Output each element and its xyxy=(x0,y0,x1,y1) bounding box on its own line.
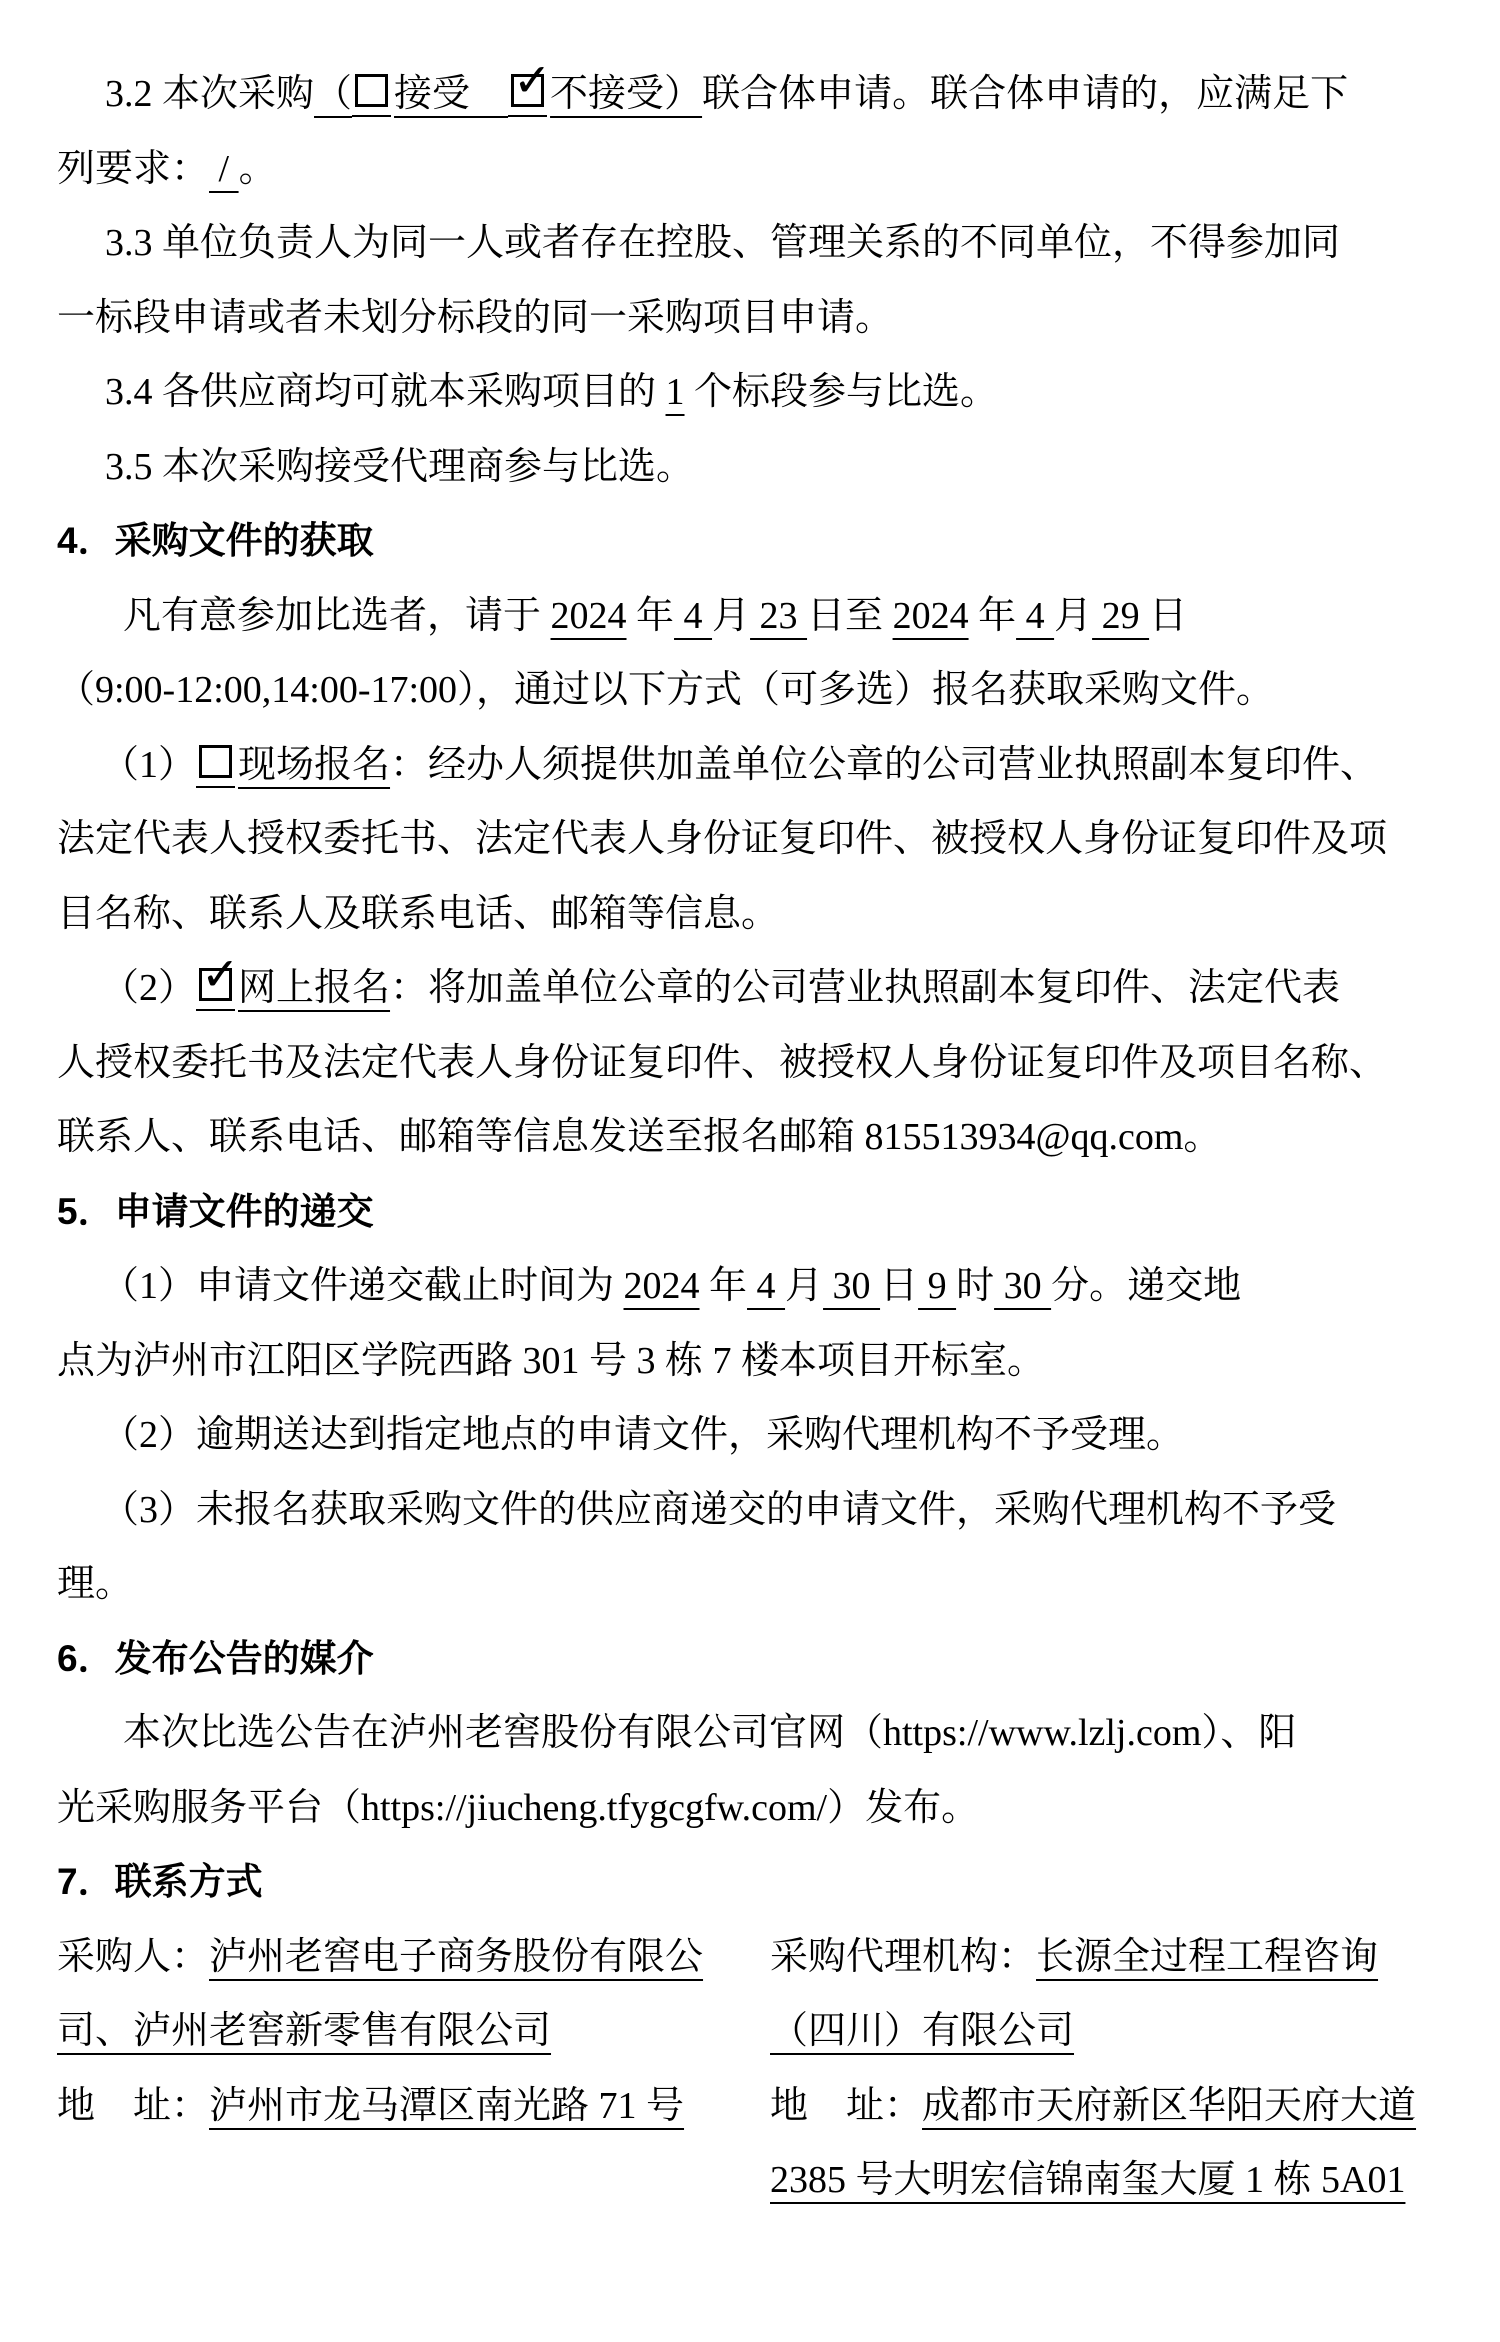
text-run: 日 xyxy=(880,1265,918,1307)
text-run: 一标段申请或者未划分标段的同一采购项目申请。 xyxy=(57,297,893,339)
underlined-text: 23 xyxy=(750,595,807,637)
text-line: 凡有意参加比选者，请于 2024 年 4 月 23 日至 2024 年 4 月 … xyxy=(57,579,1443,654)
text-run: 目名称、联系人及联系电话、邮箱等信息。 xyxy=(57,893,779,935)
underlined-text: 网上报名 xyxy=(238,967,390,1009)
text-run: 3.3 单位负责人为同一人或者存在控股、管理关系的不同单位，不得参加同 xyxy=(105,222,1340,264)
text-line: 地 址：泸州市龙马潭区南光路 71 号 xyxy=(57,2069,770,2144)
text-line: 目名称、联系人及联系电话、邮箱等信息。 xyxy=(57,877,1443,952)
text-run: 月 xyxy=(785,1265,823,1307)
text-run: 7．联系方式 xyxy=(57,1861,263,1902)
text-run: 年 xyxy=(700,1265,748,1307)
text-line: （四川）有限公司 xyxy=(770,1994,1443,2069)
underlined-text: 4 xyxy=(674,595,712,637)
section-heading: 6．发布公告的媒介 xyxy=(57,1622,1443,1697)
underlined-text: 29 xyxy=(1092,595,1149,637)
text-run: 联合体申请。联合体申请的，应满足下 xyxy=(702,73,1348,115)
text-line: 光采购服务平台（https://jiucheng.tfygcgfw.com/）发… xyxy=(57,1771,1443,1846)
underlined-text: 2024 xyxy=(624,1265,700,1307)
text-run: 时 xyxy=(956,1265,994,1307)
agency-contact-column: 采购代理机构：长源全过程工程咨询（四川）有限公司地 址：成都市天府新区华阳天府大… xyxy=(770,1920,1443,2218)
text-run: 日 xyxy=(1149,595,1187,637)
text-run: 人授权委托书及法定代表人身份证复印件、被授权人身份证复印件及项目名称、 xyxy=(57,1042,1387,1084)
text-run: 年 xyxy=(627,595,675,637)
text-run: 3.5 本次采购接受代理商参与比选。 xyxy=(105,446,694,488)
contact-info-section: 采购人：泸州老窖电子商务股份有限公司、泸州老窖新零售有限公司地 址：泸州市龙马潭… xyxy=(57,1920,1443,2218)
underlined-text: 2385 号大明宏信锦南玺大厦 1 栋 5A01 xyxy=(770,2159,1405,2201)
purchaser-contact-column: 采购人：泸州老窖电子商务股份有限公司、泸州老窖新零售有限公司地 址：泸州市龙马潭… xyxy=(57,1920,770,2218)
underlined-text: / xyxy=(209,148,239,190)
text-run: 法定代表人授权委托书、法定代表人身份证复印件、被授权人身份证复印件及项 xyxy=(57,818,1387,860)
underlined-text: 1 xyxy=(666,371,685,413)
text-run: 列要求： xyxy=(57,148,209,190)
underlined-text: 司、泸州老窖新零售有限公司 xyxy=(57,2010,551,2052)
text-run: 月 xyxy=(1054,595,1092,637)
check-icon: ✓ xyxy=(201,951,240,997)
text-run: 3.4 各供应商均可就本采购项目的 xyxy=(105,371,666,413)
text-run: （3）未报名获取采购文件的供应商递交的申请文件，采购代理机构不予受 xyxy=(101,1489,1336,1531)
underlined-text: 泸州老窖电子商务股份有限公 xyxy=(209,1936,703,1978)
text-run: 凡有意参加比选者，请于 xyxy=(123,595,551,637)
underlined-text: 2024 xyxy=(893,595,969,637)
text-line: 法定代表人授权委托书、法定代表人身份证复印件、被授权人身份证复印件及项 xyxy=(57,802,1443,877)
text-line: （2）逾期送达到指定地点的申请文件，采购代理机构不予受理。 xyxy=(57,1398,1443,1473)
text-line: （9:00-12:00,14:00-17:00），通过以下方式（可多选）报名获取… xyxy=(57,653,1443,728)
text-line: 3.5 本次采购接受代理商参与比选。 xyxy=(57,430,1443,505)
text-run: 个标段参与比选。 xyxy=(685,371,999,413)
text-run: （2）逾期送达到指定地点的申请文件，采购代理机构不予受理。 xyxy=(101,1414,1184,1456)
text-run: 3.2 本次采购 xyxy=(105,73,314,115)
text-run: 光采购服务平台（https://jiucheng.tfygcgfw.com/）发… xyxy=(57,1787,979,1829)
text-line: （3）未报名获取采购文件的供应商递交的申请文件，采购代理机构不予受 xyxy=(57,1473,1443,1548)
text-run: ：将加盖单位公章的公司营业执照副本复印件、法定代表 xyxy=(390,967,1340,1009)
text-line: 3.2 本次采购（接受 ✓不接受）联合体申请。联合体申请的，应满足下 xyxy=(57,57,1443,132)
checkbox-unchecked-icon xyxy=(355,74,388,107)
document-page: 3.2 本次采购（接受 ✓不接受）联合体申请。联合体申请的，应满足下列要求： /… xyxy=(0,0,1500,2342)
text-run: 月 xyxy=(712,595,750,637)
text-line: 点为泸州市江阳区学院西路 301 号 3 栋 7 楼本项目开标室。 xyxy=(57,1324,1443,1399)
underlined-text: 2024 xyxy=(551,595,627,637)
underlined-text: 30 xyxy=(823,1265,880,1307)
checkbox-checked-icon: ✓ xyxy=(199,968,232,1001)
text-run: 联系人、联系电话、邮箱等信息发送至报名邮箱 815513934@qq.com。 xyxy=(57,1116,1221,1158)
underlined-text: 长源全过程工程咨询 xyxy=(1036,1936,1378,1978)
underlined-text: 成都市天府新区华阳天府大道 xyxy=(922,2085,1416,2127)
text-line: 一标段申请或者未划分标段的同一采购项目申请。 xyxy=(57,281,1443,356)
text-run: 采购代理机构： xyxy=(770,1936,1036,1978)
text-run: （1） xyxy=(101,744,196,786)
text-run: 。 xyxy=(239,148,277,190)
text-line: （1）现场报名：经办人须提供加盖单位公章的公司营业执照副本复印件、 xyxy=(57,728,1443,803)
text-run: 年 xyxy=(969,595,1017,637)
underlined-text: （ xyxy=(314,73,352,115)
text-line: （2）✓网上报名：将加盖单位公章的公司营业执照副本复印件、法定代表 xyxy=(57,951,1443,1026)
text-run: 日至 xyxy=(807,595,893,637)
text-run: （9:00-12:00,14:00-17:00），通过以下方式（可多选）报名获取… xyxy=(57,669,1274,711)
text-run: （2） xyxy=(101,967,196,1009)
section-heading: 7．联系方式 xyxy=(57,1845,1443,1920)
text-run: 地 址： xyxy=(57,2085,209,2127)
check-icon: ✓ xyxy=(513,57,552,103)
document-content: 3.2 本次采购（接受 ✓不接受）联合体申请。联合体申请的，应满足下列要求： /… xyxy=(57,57,1443,1920)
section-heading: 4．采购文件的获取 xyxy=(57,504,1443,579)
underlined-text: 4 xyxy=(747,1265,785,1307)
text-line xyxy=(57,2143,770,2218)
underlined-text: 4 xyxy=(1016,595,1054,637)
text-run: 分。递交地 xyxy=(1051,1265,1241,1307)
underlined-text: 现场报名 xyxy=(238,744,390,786)
checkbox-unchecked-icon xyxy=(199,745,232,778)
text-line: 理。 xyxy=(57,1547,1443,1622)
text-line: 司、泸州老窖新零售有限公司 xyxy=(57,1994,770,2069)
text-line: 3.3 单位负责人为同一人或者存在控股、管理关系的不同单位，不得参加同 xyxy=(57,206,1443,281)
underlined-text: 接受 xyxy=(394,73,508,115)
text-line: 采购人：泸州老窖电子商务股份有限公 xyxy=(57,1920,770,1995)
text-run: 理。 xyxy=(57,1563,133,1605)
text-line: 列要求： / 。 xyxy=(57,132,1443,207)
text-line: 本次比选公告在泸州老窖股份有限公司官网（https://www.lzlj.com… xyxy=(57,1696,1443,1771)
text-run: 本次比选公告在泸州老窖股份有限公司官网（https://www.lzlj.com… xyxy=(123,1712,1296,1754)
text-line: 2385 号大明宏信锦南玺大厦 1 栋 5A01 xyxy=(770,2143,1443,2218)
text-line: 人授权委托书及法定代表人身份证复印件、被授权人身份证复印件及项目名称、 xyxy=(57,1026,1443,1101)
text-line: 3.4 各供应商均可就本采购项目的 1 个标段参与比选。 xyxy=(57,355,1443,430)
text-line: 采购代理机构：长源全过程工程咨询 xyxy=(770,1920,1443,1995)
text-run: ：经办人须提供加盖单位公章的公司营业执照副本复印件、 xyxy=(390,744,1378,786)
section-heading: 5．申请文件的递交 xyxy=(57,1175,1443,1250)
text-line: 联系人、联系电话、邮箱等信息发送至报名邮箱 815513934@qq.com。 xyxy=(57,1100,1443,1175)
underlined-text: 泸州市龙马潭区南光路 71 号 xyxy=(209,2085,684,2127)
underlined-text: 9 xyxy=(918,1265,956,1307)
text-line: 地 址：成都市天府新区华阳天府大道 xyxy=(770,2069,1443,2144)
text-line: （1）申请文件递交截止时间为 2024 年 4 月 30 日 9 时 30 分。… xyxy=(57,1249,1443,1324)
text-run: 采购人： xyxy=(57,1936,209,1978)
text-run: 5．申请文件的递交 xyxy=(57,1191,374,1232)
underlined-text: 30 xyxy=(994,1265,1051,1307)
underlined-text: （四川）有限公司 xyxy=(770,2010,1074,2052)
text-run: 6．发布公告的媒介 xyxy=(57,1638,374,1679)
text-run: 4．采购文件的获取 xyxy=(57,520,374,561)
text-run: 地 址： xyxy=(770,2085,922,2127)
text-run: 点为泸州市江阳区学院西路 301 号 3 栋 7 楼本项目开标室。 xyxy=(57,1340,1045,1382)
checkbox-checked-icon: ✓ xyxy=(511,74,544,107)
text-run: （1）申请文件递交截止时间为 xyxy=(101,1265,624,1307)
underlined-text: 不接受） xyxy=(550,73,702,115)
